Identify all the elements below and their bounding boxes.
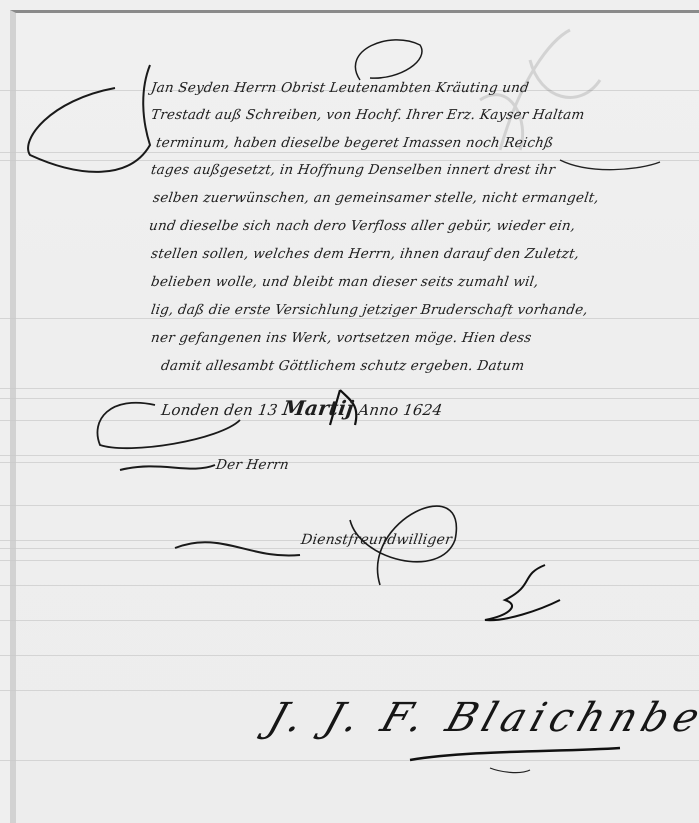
ruled-line xyxy=(0,420,699,421)
date-anno: Anno xyxy=(357,401,400,419)
closing-valediction: Dienstfreundwilliger xyxy=(300,532,453,548)
ruled-line xyxy=(0,620,699,621)
ruled-line xyxy=(0,560,699,561)
letter-line-9: lig, daß die erste Versichlung jetziger … xyxy=(150,302,589,318)
letter-line-7: stellen sollen, welches dem Herrn, ihnen… xyxy=(150,246,580,262)
signature: J. J. F. Blaichnbetz xyxy=(263,695,699,741)
ruled-line xyxy=(0,760,699,761)
letter-line-6: und dieselbe sich nach dero Verfloss all… xyxy=(148,218,576,234)
ruled-line xyxy=(0,585,699,586)
date-year: 1624 xyxy=(402,401,444,419)
date-prefix: Londen den 13 xyxy=(160,401,284,419)
date-month: Martij xyxy=(281,396,355,420)
letter-line-5: selben zuerwünschen, an gemeinsamer stel… xyxy=(152,190,600,206)
ruled-line xyxy=(0,462,699,463)
date-line: Londen den 13 Martij Anno 1624 xyxy=(160,396,444,420)
document-page: Jan Seyden Herrn Obrist Leutenambten Krä… xyxy=(0,0,699,823)
letter-line-10: ner gefangenen ins Werk, vortsetzen möge… xyxy=(150,330,533,346)
closing-salutation: Der Herrn xyxy=(215,457,290,473)
letter-line-8: belieben wolle, und bleibt man dieser se… xyxy=(150,274,540,290)
letter-line-4: tages außgesetzt, in Hoffnung Denselben … xyxy=(150,162,556,178)
letter-line-1: Jan Seyden Herrn Obrist Leutenambten Krä… xyxy=(150,80,530,96)
ruled-line xyxy=(0,690,699,691)
letter-line-2: Trestadt auß Schreiben, von Hochf. Ihrer… xyxy=(150,107,586,123)
letter-line-11: damit allesambt Göttlichem schutz ergebe… xyxy=(160,358,525,374)
ruled-line xyxy=(0,455,699,456)
ruled-line xyxy=(0,655,699,656)
ruled-line xyxy=(0,505,699,506)
ruled-line xyxy=(0,318,699,319)
ruled-line xyxy=(0,388,699,389)
letter-line-3: terminum, haben dieselbe begeret Imassen… xyxy=(155,135,554,151)
ruled-line xyxy=(0,548,699,549)
